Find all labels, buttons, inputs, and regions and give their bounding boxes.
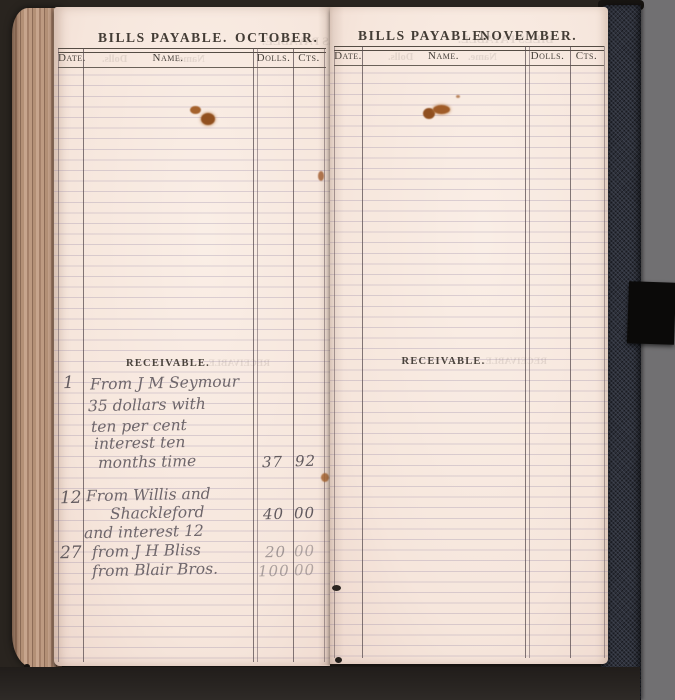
entry-line: interest ten (94, 433, 186, 453)
header-rule (334, 65, 604, 66)
bookmark-strap (627, 281, 675, 345)
scanner-bottom-shadow (0, 667, 640, 700)
col-dolls-header: Dolls. (526, 50, 569, 62)
entry-line: from Blair Bros. (92, 560, 218, 581)
col-line-date-name (362, 46, 363, 658)
header-rule (58, 67, 326, 68)
col-line-name-dolls-b (529, 46, 530, 658)
entry-line: 35 dollars with (88, 395, 206, 415)
page-november: BILLS PAYABLE. Dolls. Name. RECEIVABLE. … (330, 7, 608, 664)
page-month: OCTOBER. (235, 30, 318, 46)
col-line-right (604, 46, 605, 658)
entry-cts: 00 (294, 561, 315, 579)
col-line-date-name (83, 48, 84, 662)
entry-line: Shackleford (110, 503, 205, 523)
entry-cts: 00 (294, 542, 315, 560)
page-month: NOVEMBER. (480, 28, 577, 44)
col-line-dolls-cts (570, 46, 571, 658)
gutter-shadow (318, 7, 344, 665)
col-cts-header: Cts. (569, 50, 604, 62)
entry-dolls: 40 (263, 505, 284, 523)
entry-line: From Willis and (86, 485, 211, 506)
entry-dolls: 37 (262, 453, 283, 471)
ink-stain (201, 113, 215, 125)
entry-dolls: 100 (258, 562, 290, 581)
receivable-heading: RECEIVABLE. (83, 358, 253, 369)
ink-stain (190, 106, 201, 114)
entry-cts: 92 (295, 452, 316, 470)
entry-date: 1 (63, 373, 74, 393)
ledger-scan: BILLS PAYABLE. Dolls. Name. RECEIVABLE. … (0, 0, 675, 700)
entry-line: and interest 12 (84, 522, 204, 543)
entry-line: From J M Seymour (90, 372, 239, 393)
entry-dolls: 20 (265, 543, 286, 561)
col-date-header: Date. (58, 52, 84, 64)
col-line-name-dolls-a (525, 46, 526, 658)
entry-date: 12 (60, 488, 82, 508)
page-title: BILLS PAYABLE. (98, 30, 228, 46)
entry-line: from J H Bliss (92, 541, 201, 561)
ink-stain (433, 105, 450, 114)
page-october: BILLS PAYABLE. Dolls. Name. RECEIVABLE. … (54, 7, 330, 666)
col-dolls-header: Dolls. (253, 52, 294, 64)
col-line-name-dolls-a (253, 48, 254, 662)
page-title: BILLS PAYABLE. (358, 28, 488, 44)
entry-date: 27 (60, 543, 82, 563)
small-stain (456, 95, 460, 98)
receivable-heading: RECEIVABLE. (362, 356, 525, 367)
stitch-mark (335, 657, 342, 663)
col-line-left (58, 48, 59, 662)
stitch-mark (332, 585, 341, 591)
entry-cts: 00 (294, 504, 315, 522)
col-name-header: Name. (362, 50, 525, 62)
col-name-header: Name. (83, 52, 253, 64)
entry-line: months time (98, 452, 197, 472)
